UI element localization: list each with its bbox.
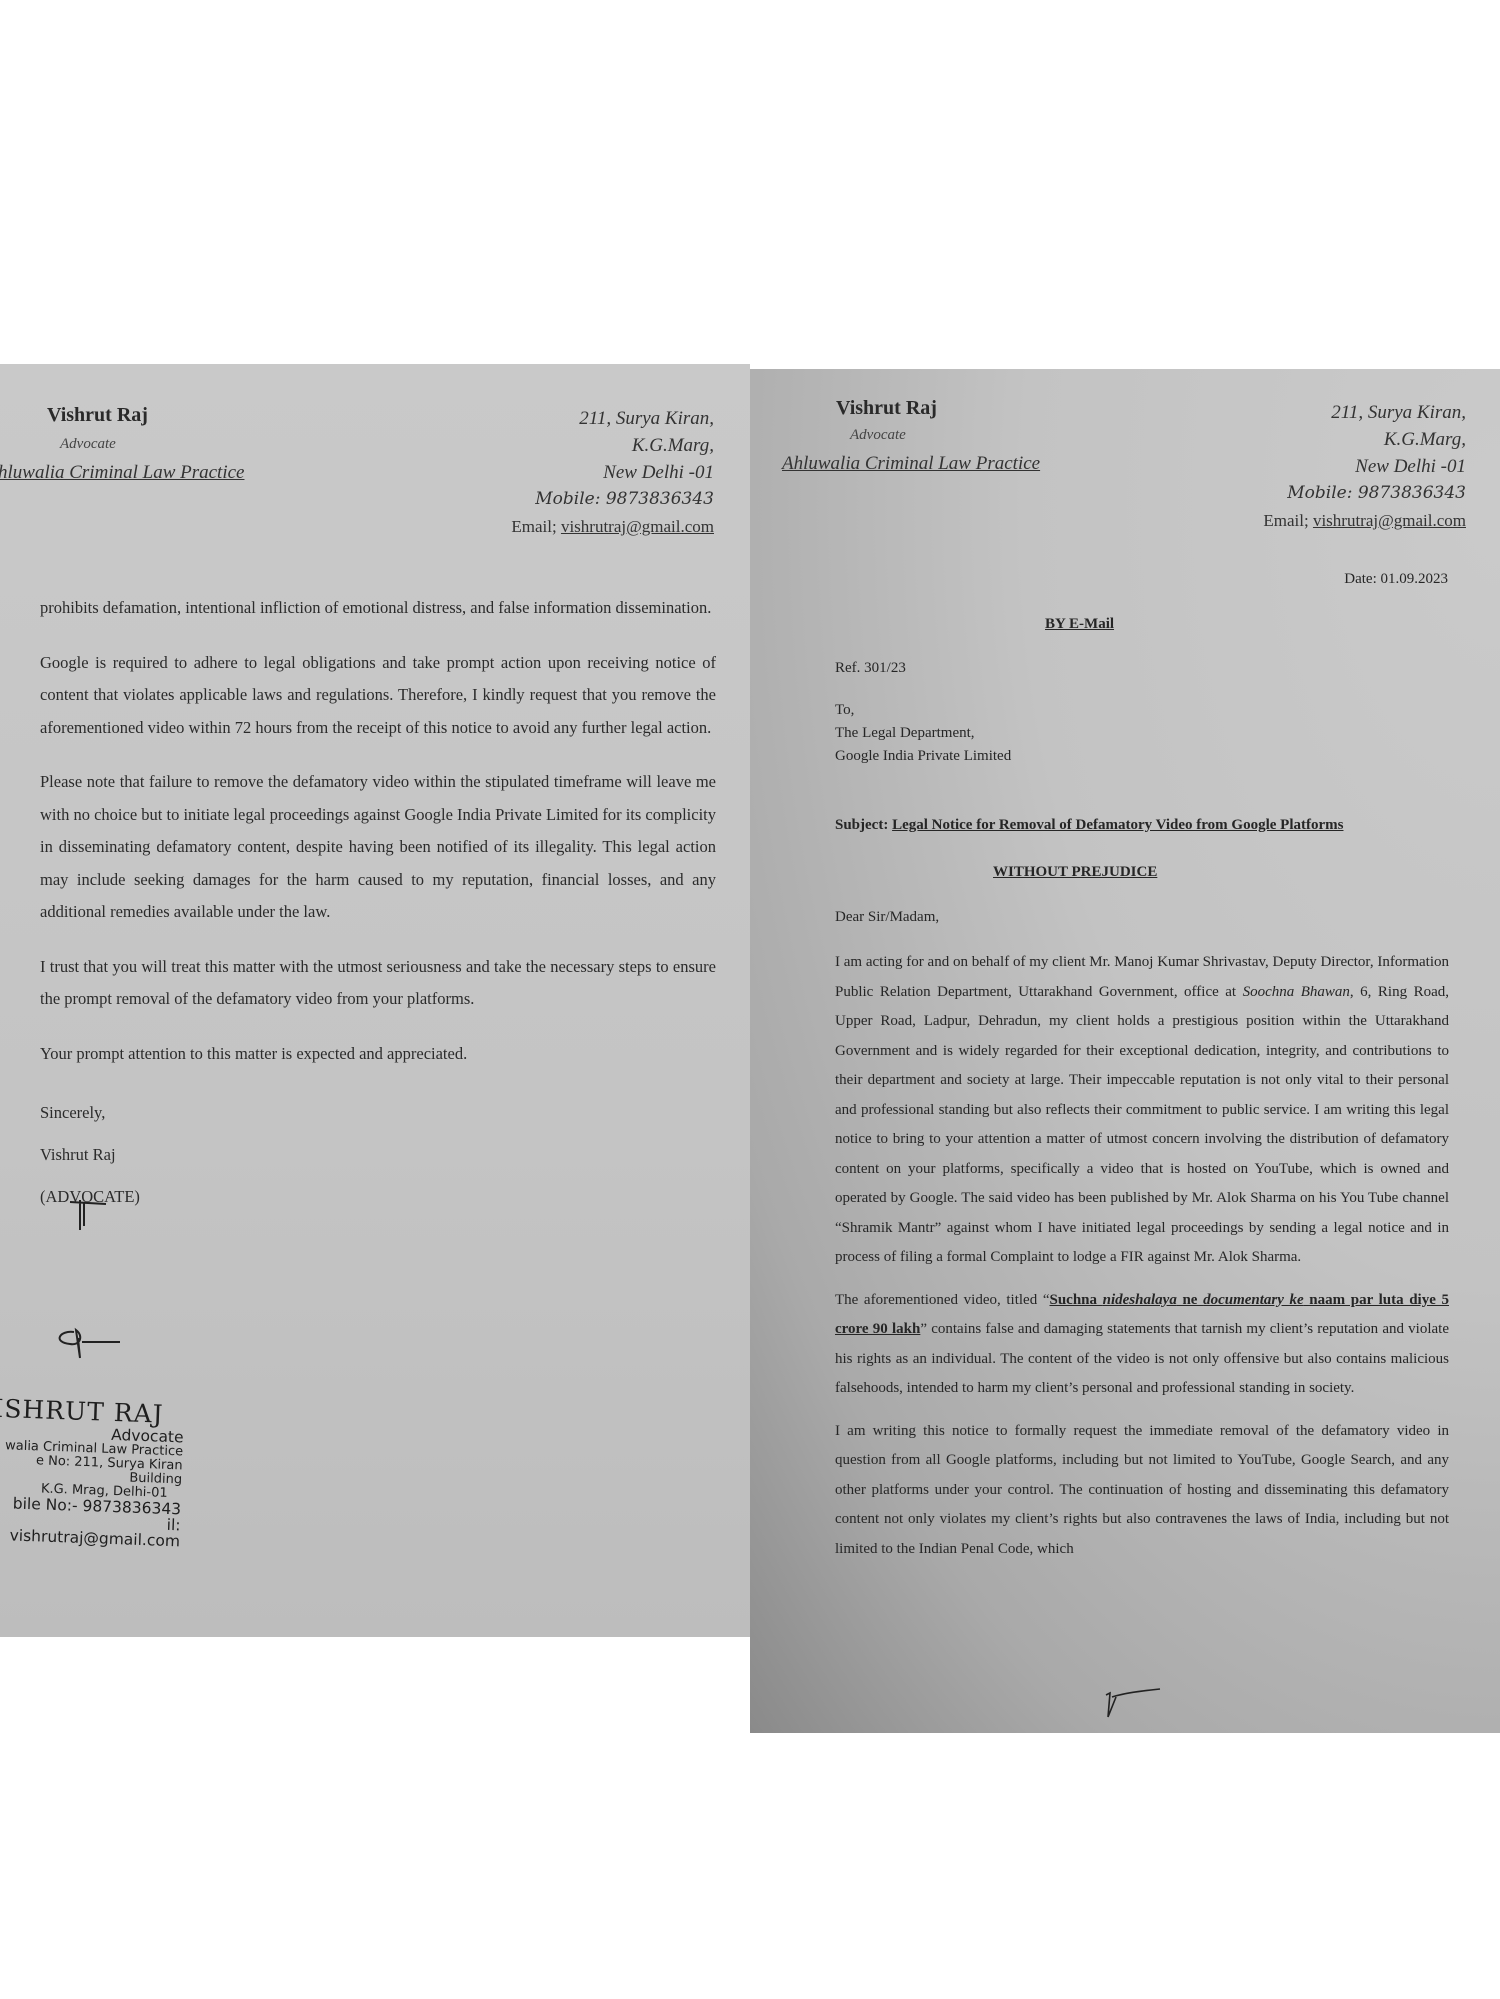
video-title-part: nideshalaya — [1103, 1292, 1177, 1308]
letterhead-name: Vishrut Raj — [836, 397, 937, 420]
signature-icon — [62, 1196, 112, 1236]
address-line-1: 211, Surya Kiran, — [354, 405, 714, 432]
email-link[interactable]: vishrutraj@gmail.com — [561, 517, 714, 536]
letter-page-2: Vishrut Raj Advocate hluwalia Criminal L… — [0, 364, 750, 1637]
video-title-part: ne — [1177, 1292, 1203, 1308]
video-title-part: documentary ke — [1203, 1292, 1304, 1308]
reference-number: Ref. 301/23 — [835, 654, 906, 684]
office-name: Soochna Bhawan — [1243, 984, 1350, 1000]
letter-body: I am acting for and on behalf of my clie… — [835, 948, 1449, 1564]
address-line-2: K.G.Marg, — [354, 432, 714, 459]
paragraph-text: ” contains false and damaging statements… — [835, 1321, 1449, 1396]
paragraph: I am acting for and on behalf of my clie… — [835, 948, 1449, 1273]
recipient-line: To, — [835, 699, 1011, 722]
signature-icon — [1100, 1687, 1170, 1727]
paragraph: I am writing this notice to formally req… — [835, 1417, 1449, 1565]
without-prejudice: WITHOUT PREJUDICE — [993, 858, 1157, 888]
signatory-title: (ADVOCATE) — [40, 1176, 716, 1218]
subject-label: Subject: — [835, 817, 892, 833]
paragraph: Google is required to adhere to legal ob… — [40, 647, 716, 745]
paragraph: Please note that failure to remove the d… — [40, 766, 716, 929]
letterhead-email-line: Email; vishrutraj@gmail.com — [1106, 507, 1466, 534]
advocate-stamp: ISHRUT RAJ Advocate walia Criminal Law P… — [0, 1394, 185, 1549]
salutation: Dear Sir/Madam, — [835, 903, 939, 933]
email-label: Email; — [1263, 511, 1313, 530]
recipient-line: The Legal Department, — [835, 722, 1011, 745]
letterhead-title: Advocate — [60, 436, 116, 453]
letter-page-1: Vishrut Raj Advocate Ahluwalia Criminal … — [750, 369, 1500, 1733]
subject-line: Subject: Legal Notice for Removal of Def… — [835, 811, 1343, 841]
address-line-2: K.G.Marg, — [1106, 426, 1466, 453]
subject-text: Legal Notice for Removal of Defamatory V… — [892, 817, 1343, 833]
paragraph: The aforementioned video, titled “Suchna… — [835, 1286, 1449, 1404]
letterhead-firm: hluwalia Criminal Law Practice — [0, 462, 244, 484]
paragraph-text: The aforementioned video, titled “ — [835, 1292, 1049, 1308]
email-link[interactable]: vishrutraj@gmail.com — [1313, 511, 1466, 530]
recipient-block: To, The Legal Department, Google India P… — [835, 699, 1011, 768]
letterhead-email-line: Email; vishrutraj@gmail.com — [354, 513, 714, 540]
letterhead-address: 211, Surya Kiran, K.G.Marg, New Delhi -0… — [1106, 399, 1466, 534]
address-line-3: New Delhi -01 — [354, 459, 714, 486]
paragraph: I trust that you will treat this matter … — [40, 951, 716, 1016]
address-line-3: New Delhi -01 — [1106, 453, 1466, 480]
letter-date: Date: 01.09.2023 — [1344, 565, 1448, 595]
paragraph: Your prompt attention to this matter is … — [40, 1038, 716, 1071]
email-label: Email; — [511, 517, 561, 536]
letterhead-name: Vishrut Raj — [47, 404, 148, 427]
delivery-mode: BY E-Mail — [1045, 610, 1114, 640]
signatory-name: Vishrut Raj — [40, 1134, 716, 1176]
letter-body: prohibits defamation, intentional inflic… — [40, 592, 716, 1218]
letterhead-address: 211, Surya Kiran, K.G.Marg, New Delhi -0… — [354, 405, 714, 540]
recipient-line: Google India Private Limited — [835, 745, 1011, 768]
paragraph: prohibits defamation, intentional inflic… — [40, 592, 716, 625]
letterhead-firm: Ahluwalia Criminal Law Practice — [782, 453, 1040, 475]
video-title-part: Suchna — [1049, 1292, 1102, 1308]
letterhead-mobile: Mobile: 9873836343 — [354, 486, 714, 513]
address-line-1: 211, Surya Kiran, — [1106, 399, 1466, 426]
closing: Sincerely, — [40, 1092, 716, 1134]
paragraph-text: , 6, Ring Road, Upper Road, Ladpur, Dehr… — [835, 984, 1449, 1266]
letterhead-mobile: Mobile: 9873836343 — [1106, 480, 1466, 507]
signature-icon — [52, 1322, 132, 1372]
letterhead-title: Advocate — [850, 427, 906, 444]
